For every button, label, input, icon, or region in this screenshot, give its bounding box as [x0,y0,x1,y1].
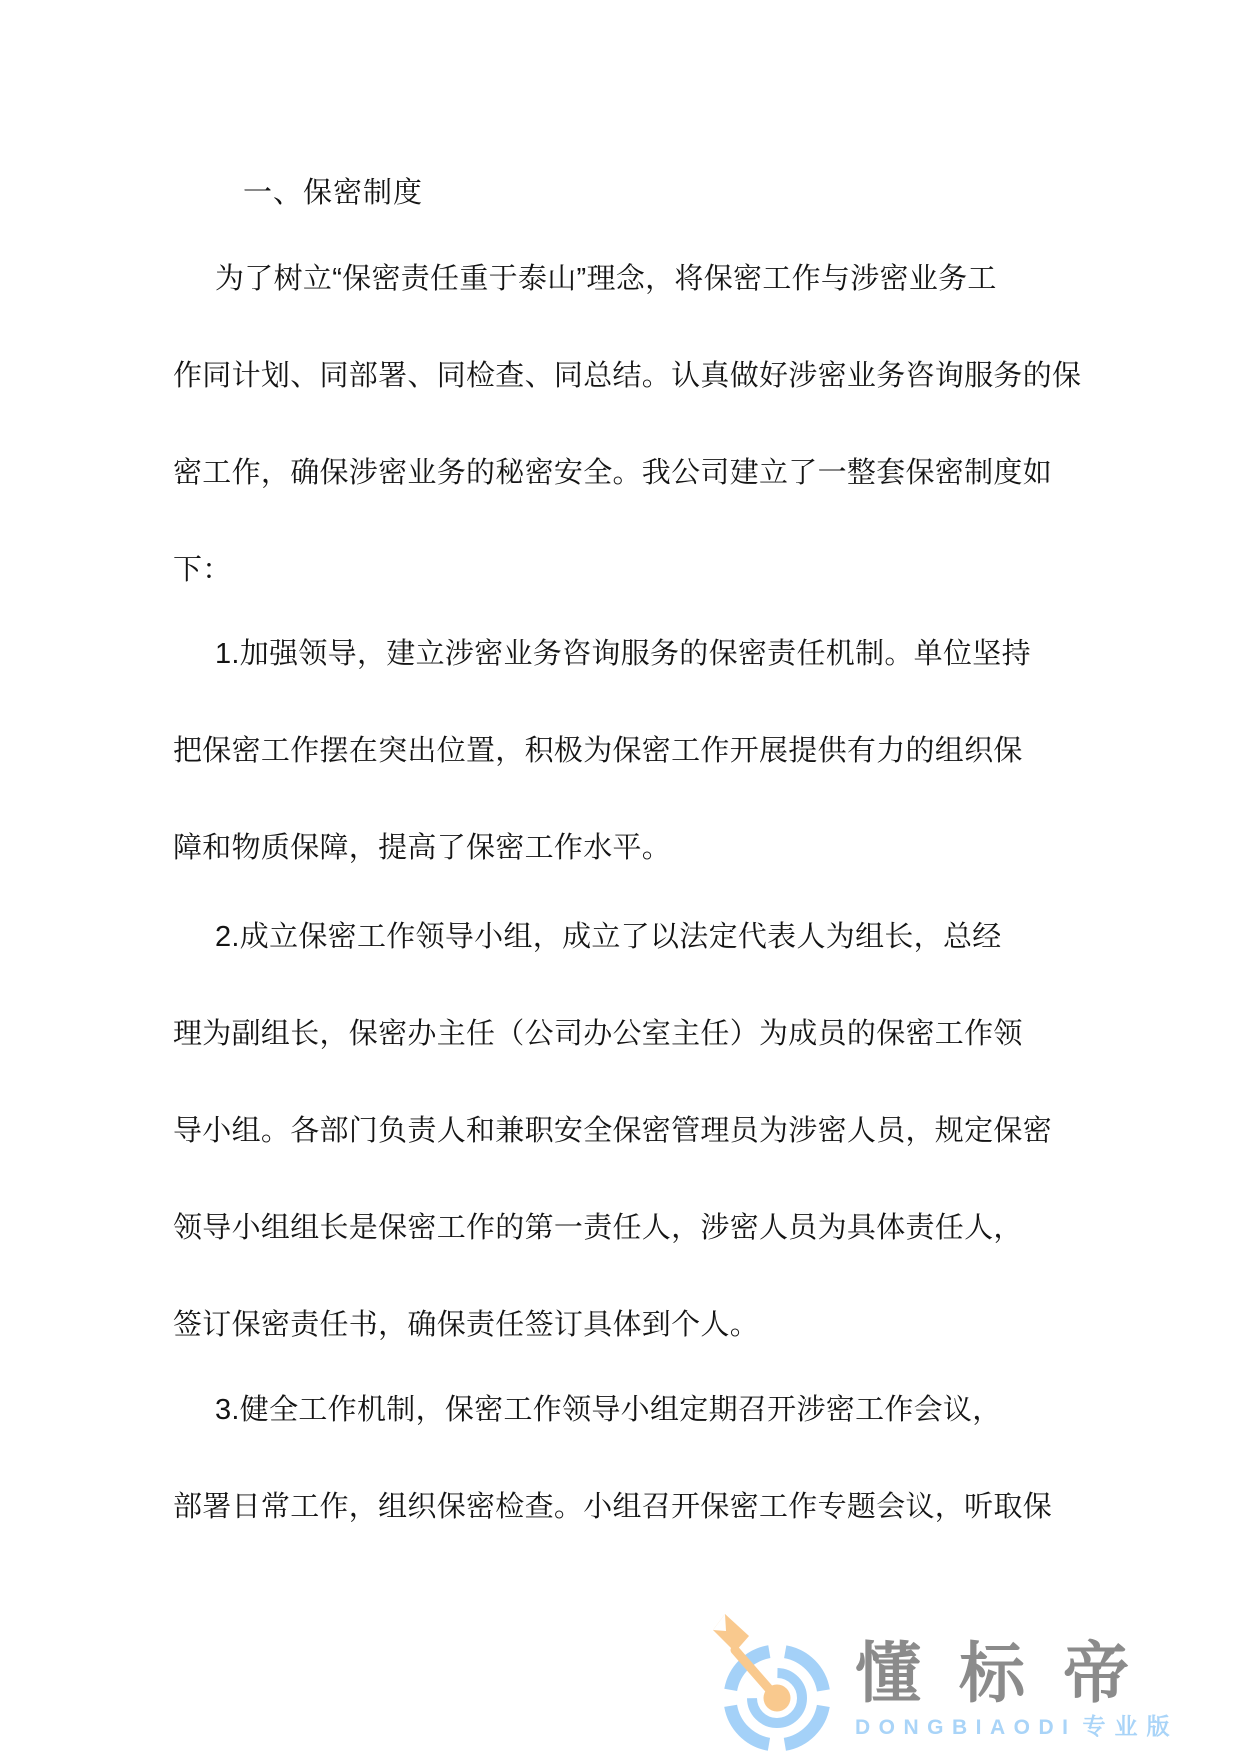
text-line: 作同计划、同部署、同检查、同总结。认真做好涉密业务咨询服务的保 [173,359,1083,456]
paragraph: 2.成立保密工作领导小组，成立了以法定代表人为组长，总经理为副组长，保密办主任（… [173,920,1083,1405]
watermark-edition: 专业版 [1083,1713,1179,1739]
watermark-subline: DONGBIAODI专业版 [855,1715,1185,1738]
text-line: 密工作，确保涉密业务的秘密安全。我公司建立了一整套保密制度如 [173,456,1083,553]
text-line: 签订保密责任书，确保责任签订具体到个人。 [173,1308,1083,1405]
text-line: 2.成立保密工作领导小组，成立了以法定代表人为组长，总经 [173,920,1083,1017]
paragraph: 3.健全工作机制，保密工作领导小组定期召开涉密工作会议，部署日常工作，组织保密检… [173,1393,1083,1587]
paragraph: 为了树立“保密责任重于泰山”理念，将保密工作与涉密业务工作同计划、同部署、同检查… [173,262,1083,650]
text-line: 把保密工作摆在突出位置，积极为保密工作开展提供有力的组织保 [173,734,1083,831]
document-page: 一、保密制度 为了树立“保密责任重于泰山”理念，将保密工作与涉密业务工作同计划、… [0,0,1241,1754]
text-line: 理为副组长，保密办主任（公司办公室主任）为成员的保密工作领 [173,1017,1083,1114]
text-line: 3.健全工作机制，保密工作领导小组定期召开涉密工作会议， [173,1393,1083,1490]
text-line: 为了树立“保密责任重于泰山”理念，将保密工作与涉密业务工 [173,262,1083,359]
watermark: 懂标帝 DONGBIAODI专业版 [695,1600,1215,1754]
watermark-brand-cn: 懂标帝 [855,1640,1185,1706]
watermark-brand-en: DONGBIAODI [855,1716,1077,1739]
section-heading: 一、保密制度 [173,170,423,211]
watermark-text: 懂标帝 DONGBIAODI专业版 [855,1640,1185,1738]
text-line: 导小组。各部门负责人和兼职安全保密管理员为涉密人员，规定保密 [173,1114,1083,1211]
paragraph: 1.加强领导，建立涉密业务咨询服务的保密责任机制。单位坚持把保密工作摆在突出位置… [173,637,1083,928]
text-line: 障和物质保障，提高了保密工作水平。 [173,831,1083,928]
dongbiaodi-logo-icon [695,1610,845,1754]
text-line: 部署日常工作，组织保密检查。小组召开保密工作专题会议，听取保 [173,1490,1083,1587]
text-line: 领导小组组长是保密工作的第一责任人，涉密人员为具体责任人， [173,1211,1083,1308]
text-line: 1.加强领导，建立涉密业务咨询服务的保密责任机制。单位坚持 [173,637,1083,734]
text-line: 下： [173,553,1083,650]
